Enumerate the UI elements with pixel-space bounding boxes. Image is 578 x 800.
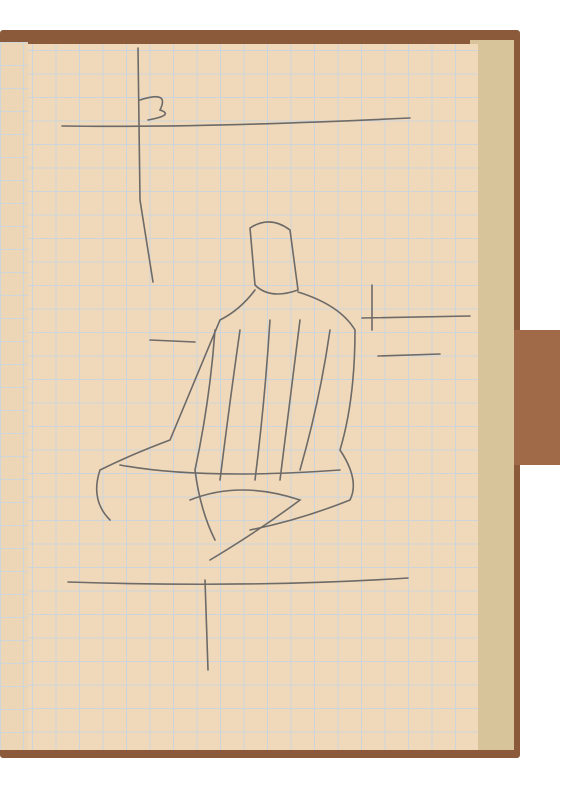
sketchbook-photo xyxy=(0,0,578,800)
pencil-sketch xyxy=(0,0,578,800)
